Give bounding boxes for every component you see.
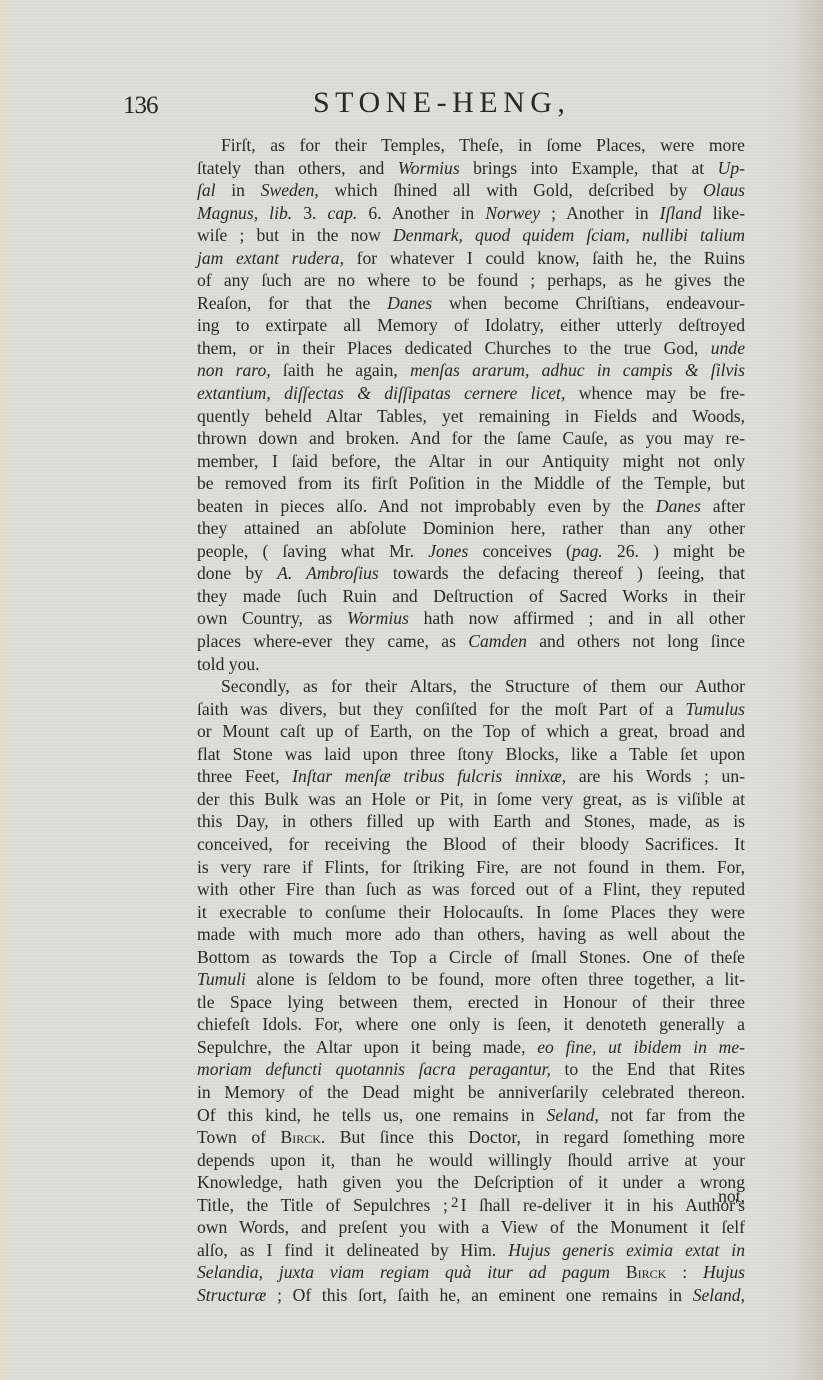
page-number: 136 (123, 92, 158, 120)
small-caps-run: Birck (626, 1262, 666, 1282)
text-line: with other Fire than ſuch as was forced … (197, 878, 745, 901)
text-line: quently beheld Altar Tables, yet remaini… (197, 405, 745, 428)
italic-run: ſal (197, 180, 216, 200)
text-line: ing to extirpate all Memory of Idolatry,… (197, 314, 745, 337)
italic-run: Structuræ (197, 1285, 266, 1305)
italic-run: Wormius (398, 158, 460, 178)
text-line: own Words, and preſent you with a View o… (197, 1216, 745, 1239)
text-line: conceived, for receiving the Blood of th… (197, 833, 745, 856)
text-line: three Feet, Inſtar menſæ tribus fulcris … (197, 765, 745, 788)
text-run: they attained an abſolute Dominion here,… (197, 518, 745, 538)
text-run: this Day, in others filled up with Earth… (197, 811, 745, 831)
text-run: Secondly, as for their Altars, the Struc… (221, 676, 745, 696)
italic-run: jam extant rudera, (197, 248, 344, 268)
text-run: Bottom as towards the Top a Circle of ſm… (197, 947, 745, 967)
italic-run: Jones (428, 541, 468, 561)
italic-run: extantium, diſſectas & diſſipatas cerner… (197, 383, 565, 403)
text-run: and others not long ſince (527, 631, 745, 651)
text-run: hath now affirmed ; and in all other (409, 608, 745, 628)
body-text: Firſt, as for their Temples, Theſe, in ſ… (197, 134, 745, 1306)
text-line: beaten in pieces alſo. And not improbabl… (197, 495, 745, 518)
text-line: places where-ever they came, as Camden a… (197, 630, 745, 653)
text-line: depends upon it, than he would willingly… (197, 1149, 745, 1172)
text-line: Tumuli alone is ſeldom to be found, more… (197, 968, 745, 991)
text-line: flat Stone was laid upon three ſtony Blo… (197, 743, 745, 766)
small-caps-run: Birck. (280, 1127, 325, 1147)
text-line: own Country, as Wormius hath now affirme… (197, 607, 745, 630)
text-run: not far from the (599, 1105, 745, 1125)
text-run: towards the defacing thereof ) ſeeing, t… (379, 563, 745, 583)
text-run: is very rare if Flints, for ſtriking Fir… (197, 857, 745, 877)
text-line: ſaith was divers, but they conſiſted for… (197, 698, 745, 721)
text-line: Selandia, juxta viam regiam quà itur ad … (197, 1261, 745, 1284)
italic-run: Hujus generis eximia extat in (508, 1240, 745, 1260)
text-run: are his Words ; un- (566, 766, 745, 786)
text-run: thrown down and broken. And for the ſame… (197, 428, 745, 448)
text-line: thrown down and broken. And for the ſame… (197, 427, 745, 450)
catchword: not, (197, 1186, 745, 1209)
text-line: this Day, in others filled up with Earth… (197, 810, 745, 833)
text-run: depends upon it, than he would willingly… (197, 1150, 745, 1170)
text-run: ; Of this ſort, ſaith he, an eminent one… (266, 1285, 692, 1305)
text-run: be removed from its firſt Poſition in th… (197, 473, 745, 493)
italic-run: Danes (387, 293, 432, 313)
text-line: done by A. Ambroſius towards the defacin… (197, 562, 745, 585)
text-run: after (701, 496, 745, 516)
italic-run: pag. (572, 541, 603, 561)
text-run: done by (197, 563, 277, 583)
text-run: own Country, as (197, 608, 347, 628)
text-run: like- (702, 203, 745, 223)
text-line: wiſe ; but in the now Denmark, quod quid… (197, 224, 745, 247)
italic-run: Sweden, (261, 180, 319, 200)
text-run: in Memory of the Dead might be anniverſa… (197, 1082, 745, 1102)
text-run: ſaith was divers, but they conſiſted for… (197, 699, 685, 719)
text-line: they attained an abſolute Dominion here,… (197, 517, 745, 540)
text-run: ſtately than others, and (197, 158, 398, 178)
text-line: Secondly, as for their Altars, the Struc… (197, 675, 745, 698)
text-run: ; Another in (540, 203, 660, 223)
text-run: Town of (197, 1127, 280, 1147)
italic-run: Danes (656, 496, 701, 516)
italic-run: Denmark, quod quidem ſciam, nullibi tali… (393, 225, 745, 245)
italic-run: Selandia, juxta viam regiam quà itur ad … (197, 1262, 610, 1282)
text-line: tle Space lying between them, erected in… (197, 991, 745, 1014)
italic-run: Magnus, lib. (197, 203, 292, 223)
text-run: ing to extirpate all Memory of Idolatry,… (197, 315, 745, 335)
text-run: chiefeſt Idols. For, where one only is ſ… (197, 1014, 745, 1034)
text-run: told you. (197, 654, 260, 674)
text-line: der this Bulk was an Hole or Pit, in ſom… (197, 788, 745, 811)
italic-run: Wormius (347, 608, 409, 628)
text-line: or Mount caſt up of Earth, on the Top of… (197, 720, 745, 743)
text-run: conceives ( (468, 541, 572, 561)
text-run: alone is ſeldom to be found, more often … (246, 969, 745, 989)
text-run: which ſhined all with Gold, deſcribed by (319, 180, 703, 200)
text-line: people, ( ſaving what Mr. Jones conceive… (197, 540, 745, 563)
italic-run: Camden (468, 631, 527, 651)
text-run: alſo, as I find it delineated by Him. (197, 1240, 508, 1260)
text-run: der this Bulk was an Hole or Pit, in ſom… (197, 789, 745, 809)
italic-run: Tumuli (197, 969, 246, 989)
text-run: they made ſuch Ruin and Deſtruction of S… (197, 586, 745, 606)
italic-run: non raro, (197, 360, 271, 380)
text-run: it execrable to conſume their Holocauſts… (197, 902, 745, 922)
text-line: it execrable to conſume their Holocauſts… (197, 901, 745, 924)
text-line: jam extant rudera, for whatever I could … (197, 247, 745, 270)
text-line: member, I ſaid before, the Altar in our … (197, 450, 745, 473)
italic-run: cap. (328, 203, 358, 223)
text-run: people, ( ſaving what Mr. (197, 541, 428, 561)
text-line: in Memory of the Dead might be anniverſa… (197, 1081, 745, 1104)
italic-run: moriam defuncti quotannis ſacra peragant… (197, 1059, 551, 1079)
text-line: moriam defuncti quotannis ſacra peragant… (197, 1058, 745, 1081)
text-run: flat Stone was laid upon three ſtony Blo… (197, 744, 745, 764)
text-run: 26. ) might be (603, 541, 745, 561)
text-run: made with much more ado than others, hav… (197, 924, 745, 944)
text-run: Reaſon, for that the (197, 293, 387, 313)
text-run: : (666, 1262, 703, 1282)
italic-run: Inſtar menſæ tribus fulcris innixæ, (292, 766, 566, 786)
text-line: Firſt, as for their Temples, Theſe, in ſ… (197, 134, 745, 157)
text-run: own Words, and preſent you with a View o… (197, 1217, 745, 1237)
running-head-title: STONE-HENG, (313, 86, 570, 120)
text-run: with other Fire than ſuch as was forced … (197, 879, 745, 899)
text-run: in (216, 180, 261, 200)
italic-run: Seland, (547, 1105, 599, 1125)
text-run: conceived, for receiving the Blood of th… (197, 834, 745, 854)
text-line: of any ſuch are no where to be found ; p… (197, 269, 745, 292)
italic-run: unde (711, 338, 745, 358)
italic-run: Hujus (703, 1262, 745, 1282)
text-line: Sepulchre, the Altar upon it being made,… (197, 1036, 745, 1059)
text-line: non raro, ſaith he again, menſas ararum,… (197, 359, 745, 382)
italic-run: Tumulus (685, 699, 745, 719)
text-run: for whatever I could know, ſaith he, the… (344, 248, 745, 268)
text-line: them, or in their Places dedicated Churc… (197, 337, 745, 360)
text-line: Structuræ ; Of this ſort, ſaith he, an e… (197, 1284, 745, 1307)
text-line: Magnus, lib. 3. cap. 6. Another in Norwe… (197, 202, 745, 225)
italic-run: A. Ambroſius (277, 563, 379, 583)
text-run: when become Chriſtians, endeavour- (432, 293, 745, 313)
text-run: ſaith he again, (271, 360, 410, 380)
text-run: tle Space lying between them, erected in… (197, 992, 745, 1012)
text-line: told you. (197, 653, 745, 676)
text-run: 6. Another in (357, 203, 485, 223)
italic-run: Norwey (485, 203, 540, 223)
text-run: quently beheld Altar Tables, yet remaini… (197, 406, 745, 426)
text-run: to the End that Rites (551, 1059, 745, 1079)
text-run: brings into Example, that at (460, 158, 718, 178)
text-run: or Mount caſt up of Earth, on the Top of… (197, 721, 745, 741)
text-run: whence may be fre- (565, 383, 745, 403)
text-line: alſo, as I find it delineated by Him. Hu… (197, 1239, 745, 1262)
text-run: 3. (292, 203, 327, 223)
text-run: wiſe ; but in the now (197, 225, 393, 245)
signature-mark: 2 (451, 1195, 459, 1212)
text-run: Sepulchre, the Altar upon it being made, (197, 1037, 537, 1057)
text-line: Reaſon, for that the Danes when become C… (197, 292, 745, 315)
text-run: them, or in their Places dedicated Churc… (197, 338, 711, 358)
text-run (610, 1262, 626, 1282)
italic-run: Seland, (693, 1285, 745, 1305)
text-line: ſal in Sweden, which ſhined all with Gol… (197, 179, 745, 202)
book-page: 136 STONE-HENG, Firſt, as for their Temp… (0, 0, 823, 1380)
text-run: member, I ſaid before, the Altar in our … (197, 451, 745, 471)
text-line: extantium, diſſectas & diſſipatas cerner… (197, 382, 745, 405)
text-run: three Feet, (197, 766, 292, 786)
text-line: Town of Birck. But ſince this Doctor, in… (197, 1126, 745, 1149)
italic-run: Iſland (660, 203, 702, 223)
text-line: Of this kind, he tells us, one remains i… (197, 1104, 745, 1127)
italic-run: Up- (718, 158, 745, 178)
italic-run: eo fine, ut ibidem in me- (537, 1037, 745, 1057)
text-line: they made ſuch Ruin and Deſtruction of S… (197, 585, 745, 608)
text-line: chiefeſt Idols. For, where one only is ſ… (197, 1013, 745, 1036)
text-run: Of this kind, he tells us, one remains i… (197, 1105, 547, 1125)
text-run: Firſt, as for their Temples, Theſe, in ſ… (221, 135, 745, 155)
text-run: of any ſuch are no where to be found ; p… (197, 270, 745, 290)
text-run: But ſince this Doctor, in regard ſomethi… (325, 1127, 745, 1147)
italic-run: menſas ararum, adhuc in campis & ſilvis (410, 360, 745, 380)
text-line: ſtately than others, and Wormius brings … (197, 157, 745, 180)
italic-run: Olaus (703, 180, 745, 200)
text-line: is very rare if Flints, for ſtriking Fir… (197, 856, 745, 879)
text-run: beaten in pieces alſo. And not improbabl… (197, 496, 656, 516)
text-run: places where-ever they came, as (197, 631, 468, 651)
text-line: Bottom as towards the Top a Circle of ſm… (197, 946, 745, 969)
text-line: made with much more ado than others, hav… (197, 923, 745, 946)
text-line: be removed from its firſt Poſition in th… (197, 472, 745, 495)
